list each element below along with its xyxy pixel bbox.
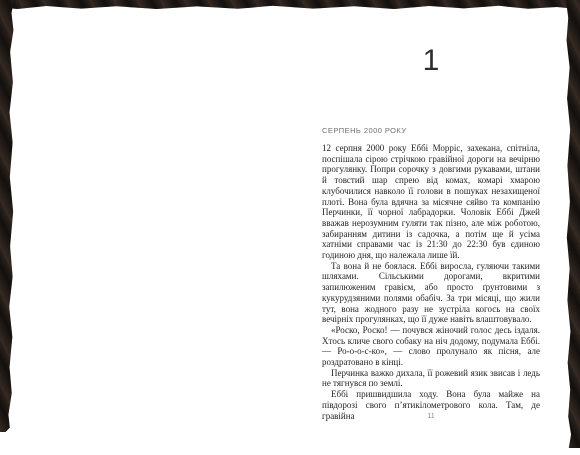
body-paragraph: Та вона й не боялася. Еббі виросла, гуля… <box>322 261 540 325</box>
scan-border-right <box>566 0 580 448</box>
body-text: 12 серпня 2000 року Еббі Морріс, захекан… <box>322 143 540 421</box>
chapter-number: 1 <box>322 46 540 76</box>
book-scan-view: 1 СЕРПЕНЬ 2000 РОКУ 12 серпня 2000 року … <box>0 0 580 455</box>
section-label: СЕРПЕНЬ 2000 РОКУ <box>322 126 540 135</box>
body-paragraph: 12 серпня 2000 року Еббі Морріс, захекан… <box>322 143 540 261</box>
left-page-blank <box>14 10 290 455</box>
page-number: 11 <box>322 413 540 420</box>
scan-border-top <box>0 0 580 10</box>
scan-border-left <box>0 0 14 432</box>
body-paragraph: Перчинка важко дихала, її рожевий язик з… <box>322 368 540 389</box>
body-paragraph: «Роско, Роско! — почувся жіночий голос д… <box>322 325 540 368</box>
